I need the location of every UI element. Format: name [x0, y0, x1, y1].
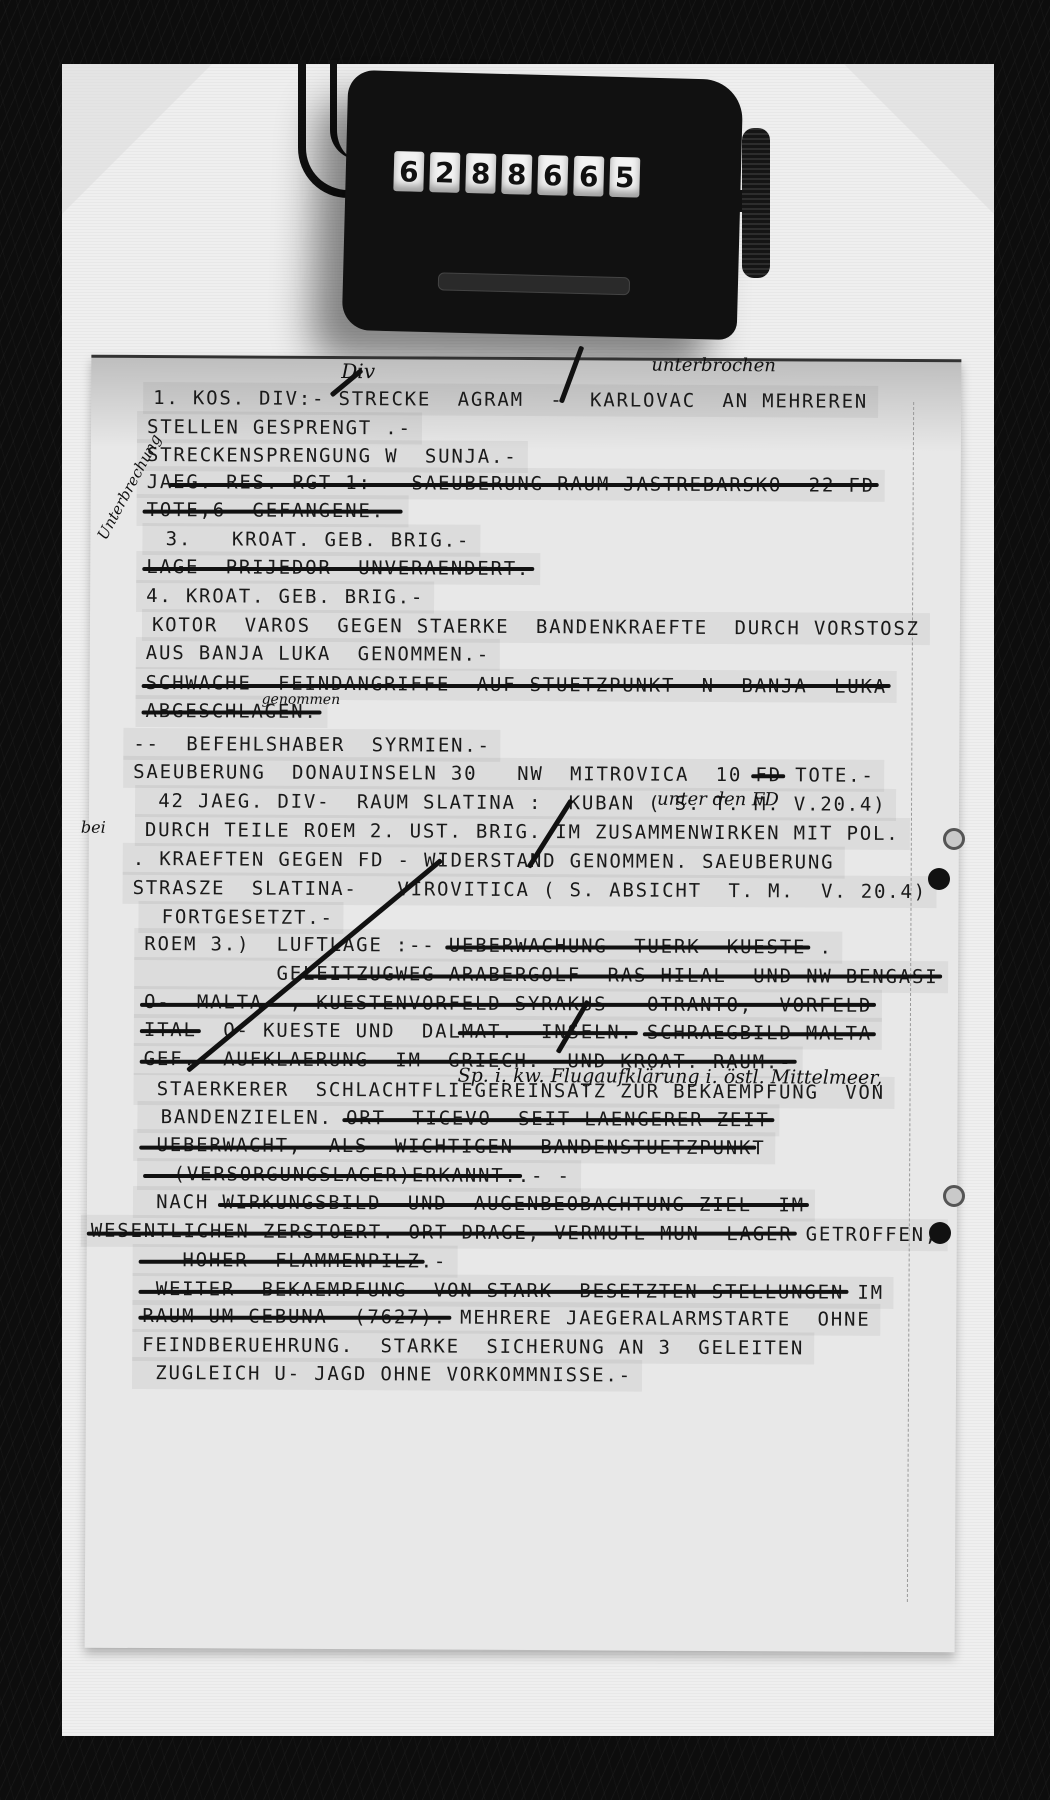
struck-text: FD [755, 764, 782, 786]
typed-text: .- [421, 1250, 448, 1272]
struck-text: HOHER FLAMMENPILZ [143, 1249, 421, 1272]
typed-text: AUS BANJA LUKA GENOMMEN.- [146, 642, 490, 666]
telegram-line: AUS BANJA LUKA GENOMMEN.- [146, 642, 490, 666]
struck-text: RAUM UM CEBUNA (7627). [142, 1305, 447, 1329]
counter-slot [438, 272, 630, 295]
typed-text: 3. KROAT. GEB. BRIG.- [152, 528, 470, 552]
telegram-line: 1. KOS. DIV:- STRECKE AGRAM - KARLOVAC A… [153, 387, 868, 413]
counter-digit: 5 [609, 157, 640, 198]
typed-text: 1. KOS. DIV:- [153, 387, 338, 410]
counter-digit: 8 [501, 154, 532, 195]
telegram-line: FORTGESETZT.- [148, 906, 333, 929]
telegram-line: STRASZE SLATINA- VIROVITICA ( S. ABSICHT… [133, 877, 927, 903]
handwritten-left-margin-2: bei [81, 818, 106, 837]
telegram-line: 3. KROAT. GEB. BRIG.- [152, 528, 470, 552]
photo-corner-left [62, 64, 212, 214]
telegram-line: SCHWACHE FEINDANGRIFFE AUF STUETZPUNKT N… [146, 672, 887, 698]
handwritten-above-mitrovica: unter den FD [657, 789, 779, 811]
counter-digits: 6288665 [393, 151, 640, 197]
typed-text: MEHRERE JAEGERALARMSTARTE OHNE [447, 1307, 871, 1331]
typed-text: SAEUBERUNG DONAUINSELN 30 NW MITROVICA 1… [133, 761, 755, 786]
telegram-line: RAUM UM CEBUNA (7627). MEHRERE JAEGERALA… [142, 1305, 870, 1331]
punch-hole [943, 1185, 965, 1207]
right-margin-rule [907, 402, 914, 1602]
struck-text: MAT. INSELN. [462, 1021, 634, 1044]
struck-text: WIRKUNGSBILD UND AUGENBEOBACHTUNG ZIEL I… [222, 1191, 805, 1216]
typed-text: KOTOR VAROS GEGEN STAERKE BANDENKRAEFTE … [152, 614, 920, 640]
struck-text: SCHWACHE FEINDANGRIFFE AUF STUETZPUNKT N… [146, 672, 887, 698]
struck-text: UEBERWACHT, ALS WICHTIGEN BANDENSTUETZPU… [143, 1134, 752, 1159]
telegram-line: WESENTLICHEN ZERSTOERT. ORT DRAGE, VERMU… [91, 1220, 938, 1246]
telegram-line: ROEM 3.) LUFTLAGE :-- UEBERWACHUNG TUERK… [144, 933, 833, 959]
typed-text: BANDENZIELEN. [147, 1106, 346, 1129]
telegram-line: FEINDBERUEHRUNG. STARKE SICHERUNG AN 3 G… [142, 1334, 804, 1359]
typed-text: ZUGLEICH U- JAGD OHNE VORKOMMNISSE.- [142, 1362, 632, 1387]
typed-text: .- - [518, 1165, 571, 1187]
typed-text: T [752, 1137, 765, 1159]
telegram-line: WEITER BEKAEMPFUNG VON STARK BESETZTEN S… [142, 1278, 883, 1304]
telegram-line: NACH WIRKUNGSBILD UND AUGENBEOBACHTUNG Z… [143, 1191, 805, 1216]
telegram-line: SAEUBERUNG DONAUINSELN 30 NW MITROVICA 1… [133, 761, 875, 787]
punch-hole [928, 868, 950, 890]
struck-text: LAGE PRIJEDOR UNVERAENDERT. [146, 556, 530, 580]
telegram-line: LAGE PRIJEDOR UNVERAENDERT. [146, 556, 530, 580]
struck-text: UEBERWACHUNG TUERK KUESTE [449, 935, 807, 959]
typed-text: FEINDBERUEHRUNG. STARKE SICHERUNG AN 3 G… [142, 1334, 804, 1359]
typed-text: GETROFFEN, [792, 1223, 938, 1246]
frame-counter-device: 6288665 [342, 70, 744, 340]
struck-text: WEITER BEKAEMPFUNG VON STARK BESETZTEN S… [142, 1278, 844, 1304]
counter-digit: 6 [393, 151, 424, 192]
typed-text: DURCH TEILE ROEM 2. UST. BRIG. IM ZUSAMM… [145, 819, 900, 845]
typed-text: . [806, 936, 833, 958]
counter-digit: 2 [429, 152, 460, 193]
typed-text: NACH [143, 1191, 223, 1213]
telegram-line: . KRAEFTEN GEGEN FD - WIDERSTAND GENOMME… [133, 848, 835, 874]
struck-text: (VERSORGUNGSLAGER)ERKANNT. [147, 1163, 518, 1187]
struck-text: ORT TICEVO SEIT LAENGERER ZEIT [346, 1107, 770, 1131]
typed-text: GE [144, 962, 303, 985]
handwritten-above-varos: genommen [262, 692, 341, 708]
telegram-line: HOHER FLAMMENPILZ.- [143, 1249, 448, 1273]
counter-reset-knob [742, 128, 770, 278]
struck-text: SCHRAEGBILD MALTA [647, 1022, 872, 1045]
telegram-line: UEBERWACHT, ALS WICHTIGEN BANDENSTUETZPU… [143, 1134, 765, 1159]
telegram-line: DURCH TEILE ROEM 2. UST. BRIG. IM ZUSAMM… [145, 819, 900, 845]
typed-text: . KRAEFTEN GEGEN FD - WIDERSTAND GENOMME… [133, 848, 835, 874]
telegram-line: TOTE,6 GEFANGENE.- [147, 499, 399, 522]
handwritten-after-fortgesetzt: Sp. i. kw. Flugaufklärung i. östl. Mitte… [458, 1065, 883, 1089]
telegram-line: STELLEN GESPRENGT .- [147, 416, 412, 439]
telegram-line: JAEG. RES. RGT 1:- SAEUBERUNG RAUM JASTR… [147, 471, 875, 497]
telegram-line: GELEITZUGWEG ARABERGOLF- RAS HILAL UND N… [144, 962, 938, 988]
photo-corner-right [844, 64, 994, 214]
typed-text: STRASZE SLATINA- VIROVITICA ( S. ABSICHT… [133, 877, 927, 903]
punch-hole [929, 1222, 951, 1244]
telegram-line: STRECKENSPRENGUNG W SUNJA.- [147, 444, 518, 468]
typed-text: STRECKENSPRENGUNG W SUNJA.- [147, 444, 518, 468]
struck-text: WESENTLICHEN ZERSTOERT. ORT DRAGE, VERMU… [91, 1220, 793, 1246]
struck-text: LEITZUGWEG ARABERGOLF- RAS HILAL UND NW … [303, 963, 939, 988]
counter-digit: 6 [537, 155, 568, 196]
typed-text: TOTE.- [782, 764, 875, 786]
punch-hole [943, 828, 965, 850]
telegram-line: BANDENZIELEN. ORT TICEVO SEIT LAENGERER … [147, 1106, 769, 1131]
typed-text: IM [844, 1282, 884, 1304]
telegram-line: KOTOR VAROS GEGEN STAERKE BANDENKRAEFTE … [152, 614, 920, 640]
telegram-line: ITAL O- KUESTE UND DALMAT. INSELN. SCHRA… [144, 1019, 872, 1045]
typed-text: STELLEN GESPRENGT .- [147, 416, 412, 439]
typed-text: FORTGESETZT.- [148, 906, 333, 929]
counter-digit: 8 [465, 153, 496, 194]
handwritten-above-karlovac: unterbrochen [651, 355, 776, 377]
typed-text: 4. KROAT. GEB. BRIG.- [146, 585, 424, 608]
telegram-line: ZUGLEICH U- JAGD OHNE VORKOMMNISSE.- [142, 1362, 632, 1387]
struck-text: ITAL [144, 1019, 197, 1041]
struck-text: TOTE,6 GEFANGENE.- [147, 499, 399, 522]
typed-text: STRECKE AGRAM - KARLOVAC AN MEHREREN [338, 388, 868, 413]
telegram-sheet: 1. KOS. DIV:- STRECKE AGRAM - KARLOVAC A… [85, 355, 962, 1653]
typed-text: -- BEFEHLSHABER SYRMIEN.- [133, 733, 491, 757]
typed-text: ROEM 3.) LUFTLAGE :-- [144, 933, 449, 957]
telegram-line: 4. KROAT. GEB. BRIG.- [146, 585, 424, 608]
struck-text: EG. RES. RGT 1:- SAEUBERUNG RAUM JASTREB… [173, 471, 875, 497]
counter-digit: 6 [573, 156, 604, 197]
telegram-line: (VERSORGUNGSLAGER)ERKANNT..- - [147, 1163, 571, 1187]
telegram-line: -- BEFEHLSHABER SYRMIEN.- [133, 733, 491, 757]
